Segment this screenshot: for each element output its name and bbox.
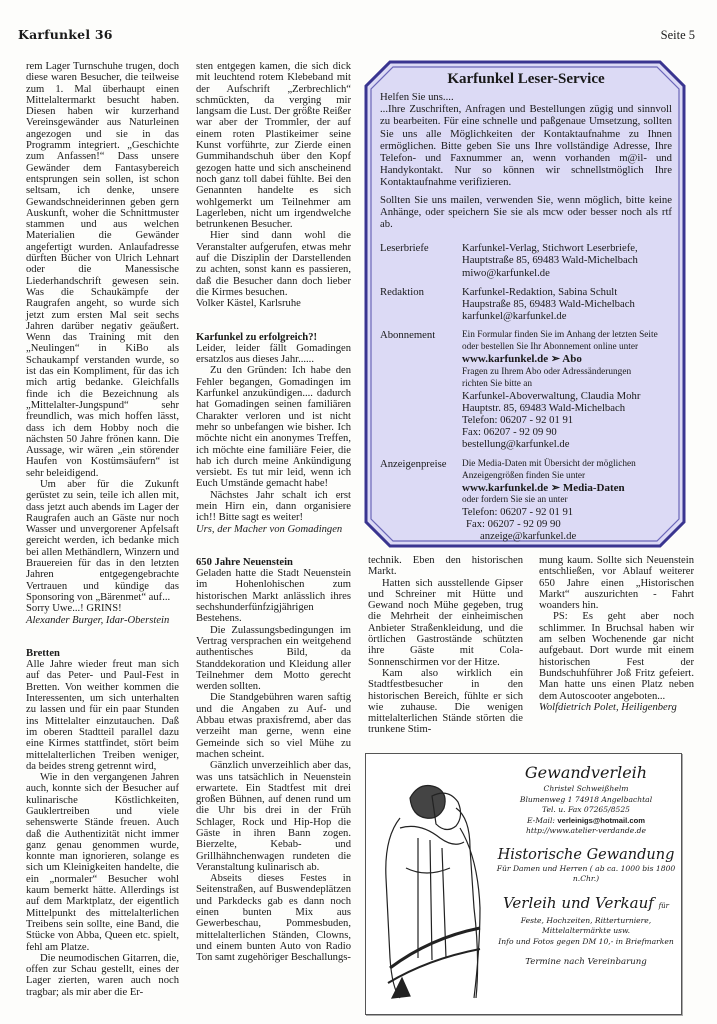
signature: Alexander Burger, Idar-Oberstein xyxy=(26,615,179,626)
contact-line: Haupstraße 85, 69483 Wald-Michelbach xyxy=(462,298,672,310)
contact-row-redaktion: Redaktion Karfunkel-Redaktion, Sabina Sc… xyxy=(380,286,672,330)
signature: Wolfdietrich Polet, Heiligenberg xyxy=(539,702,694,713)
signature: Urs, der Macher von Gomadingen xyxy=(196,524,351,535)
page-header-magazine: Karfunkel 36 xyxy=(18,27,113,42)
paragraph: Gänzlich unverzeihlich aber das, was uns… xyxy=(196,760,351,873)
web-link-media[interactable]: www.karfunkel.de ➢ Media-Daten xyxy=(462,482,672,494)
contact-table: Leserbriefe Karfunkel-Verlag, Stichwort … xyxy=(380,242,672,549)
paragraph: mung kaum. Sollte sich Neuenstein entsch… xyxy=(539,555,694,611)
article-heading-bretten: Bretten xyxy=(26,648,179,659)
email-link[interactable]: miwo@karfunkel.de xyxy=(462,267,672,279)
page-number: Seite 5 xyxy=(661,28,695,43)
paragraph: Die Standgebühren waren saftig und die A… xyxy=(196,692,351,760)
contact-row-leserbriefe: Leserbriefe Karfunkel-Verlag, Stichwort … xyxy=(380,242,672,286)
contact-note: oder fordern Sie sie an unter xyxy=(462,494,672,506)
ad-info: Info und Fotos gegen DM 10,- in Briefmar… xyxy=(491,937,681,948)
service-mail-note: Sollten Sie uns mailen, verwenden Sie, w… xyxy=(380,194,672,231)
contact-label: Abonnement xyxy=(380,329,462,457)
column-4: mung kaum. Sollte sich Neuenstein entsch… xyxy=(539,555,694,713)
paragraph: Hatten sich ausstellende Gipser und Schr… xyxy=(368,578,523,668)
contact-note: oder bestellen Sie Ihr Abonnement online… xyxy=(462,341,672,353)
paragraph: sten entgegen kamen, die sich dick mit l… xyxy=(196,61,351,230)
contact-line: Karfunkel-Verlag, Stichwort Leserbriefe, xyxy=(462,242,672,254)
ad-email-label: E-Mail: xyxy=(527,816,555,825)
service-intro: Helfen Sie uns.... xyxy=(380,91,672,103)
article-heading-neuenstein: 650 Jahre Neuenstein xyxy=(196,557,351,568)
paragraph: Nächstes Jahr schalt ich erst mein Hirn … xyxy=(196,490,351,524)
contact-label: Anzeigenpreise xyxy=(380,458,462,550)
email-link[interactable]: bestellung@karfunkel.de xyxy=(462,438,672,450)
fax-number: Fax: 06207 - 92 09 90 xyxy=(462,518,672,530)
paragraph: Abseits dieses Festes in Seitenstraßen, … xyxy=(196,873,351,963)
ad-address: Blumenweg 1 74918 Angelbachtal xyxy=(491,795,681,806)
ad-phone: Tel. u. Fax 07265/8525 xyxy=(491,805,681,816)
service-intro-text: ...Ihre Zuschriften, Anfragen und Bestel… xyxy=(380,103,672,188)
contact-label: Leserbriefe xyxy=(380,242,462,286)
signature: Volker Kästel, Karlsruhe xyxy=(196,298,351,309)
ad-email-link[interactable]: verleinigs@hotmail.com xyxy=(557,816,645,825)
contact-note: richten Sie bitte an xyxy=(462,378,672,390)
ad-email-line: E-Mail: verleinigs@hotmail.com xyxy=(491,816,681,827)
paragraph: Alle Jahre wieder freut man sich auf das… xyxy=(26,659,179,772)
ad-title: Gewandverleih xyxy=(491,762,681,784)
web-link-abo[interactable]: www.karfunkel.de ➢ Abo xyxy=(462,353,672,365)
email-link[interactable]: karfunkel@karfunkel.de xyxy=(462,310,672,322)
ad-website[interactable]: http://www.atelier-verdande.de xyxy=(491,826,681,837)
contact-line: Hauptstraße 85, 69483 Wald-Michelbach xyxy=(462,254,672,266)
contact-note: Die Media-Daten mit Übersicht der möglic… xyxy=(462,458,672,470)
ad-verleih-text: Verleih und Verkauf xyxy=(503,894,654,912)
advertisement-gewandverleih: Gewandverleih Christel Schweißhelm Blume… xyxy=(365,753,682,1015)
phone-number: Telefon: 06207 - 92 01 91 xyxy=(462,414,672,426)
contact-line: Karfunkel-Redaktion, Sabina Schult xyxy=(462,286,672,298)
contact-note: Ein Formular finden Sie im Anhang der le… xyxy=(462,329,672,341)
contact-line: Karfunkel-Aboverwaltung, Claudia Mohr xyxy=(462,390,672,402)
paragraph: rem Lager Turnschuhe trugen, doch diese … xyxy=(26,61,179,479)
ad-verleih-suffix: für xyxy=(659,902,669,910)
ad-occasions: Feste, Hochzeiten, Ritterturniere, Mitte… xyxy=(491,916,681,937)
reader-service-box: Karfunkel Leser-Service Helfen Sie uns..… xyxy=(364,60,686,548)
email-link[interactable]: anzeige@karfunkel.de xyxy=(462,530,672,542)
paragraph: Geladen hatte die Stadt Neuenstein im Ho… xyxy=(196,568,351,624)
contact-note: Anzeigengrößen finden Sie unter xyxy=(462,470,672,482)
phone-number: Telefon: 06207 - 92 01 91 xyxy=(462,506,672,518)
contact-line: Hauptstr. 85, 69483 Wald-Michelbach xyxy=(462,402,672,414)
paragraph: Leider, leider fällt Gomadingen ersatzlo… xyxy=(196,343,351,366)
column-2: sten entgegen kamen, die sich dick mit l… xyxy=(196,61,351,964)
contact-note: Fragen zu Ihrem Abo oder Adressänderunge… xyxy=(462,366,672,378)
ad-subtitle-verleih: Verleih und Verkauf für xyxy=(491,893,681,916)
ad-footer: Termine nach Vereinbarung xyxy=(491,957,681,967)
paragraph: Hier sind dann wohl die Veranstalter auf… xyxy=(196,230,351,298)
paragraph: Um aber für die Zukunft gerüstet zu sein… xyxy=(26,479,179,603)
column-3: technik. Eben den historischen Markt. Ha… xyxy=(368,555,523,736)
paragraph: technik. Eben den historischen Markt. xyxy=(368,555,523,578)
medieval-couple-illustration-icon xyxy=(370,768,492,1003)
ad-name: Christel Schweißhelm xyxy=(491,784,681,795)
ad-subtitle-gewandung: Historische Gewandung xyxy=(491,846,681,864)
fax-number: Fax: 06207 - 92 09 90 xyxy=(462,426,672,438)
paragraph: Die Zulassungsbedingungen im Vertrag ver… xyxy=(196,625,351,693)
service-box-title: Karfunkel Leser-Service xyxy=(380,70,672,88)
paragraph: Wie in den vergangenen Jahren auch, konn… xyxy=(26,772,179,953)
ad-subtitle-note: Für Damen und Herren ( ab ca. 1000 bis 1… xyxy=(491,864,681,885)
column-1: rem Lager Turnschuhe trugen, doch diese … xyxy=(26,61,179,998)
article-heading-karfunkel: Karfunkel zu erfolgreich?! xyxy=(196,332,351,343)
contact-row-anzeigenpreise: Anzeigenpreise Die Media-Daten mit Übers… xyxy=(380,458,672,550)
paragraph: PS: Es geht aber noch schlimmer. In Bruc… xyxy=(539,611,694,701)
ad-text: Gewandverleih Christel Schweißhelm Blume… xyxy=(491,762,681,967)
contact-label: Redaktion xyxy=(380,286,462,330)
contact-row-abonnement: Abonnement Ein Formular finden Sie im An… xyxy=(380,329,672,457)
paragraph: Die neumodischen Gitarren, die, offen zu… xyxy=(26,953,179,998)
paragraph: Sorry Uwe...! GRINS! xyxy=(26,603,179,614)
paragraph: Zu den Gründen: Ich habe den Fehler bega… xyxy=(196,365,351,489)
paragraph: Kam also wirklich ein Stadtfestbesucher … xyxy=(368,668,523,736)
